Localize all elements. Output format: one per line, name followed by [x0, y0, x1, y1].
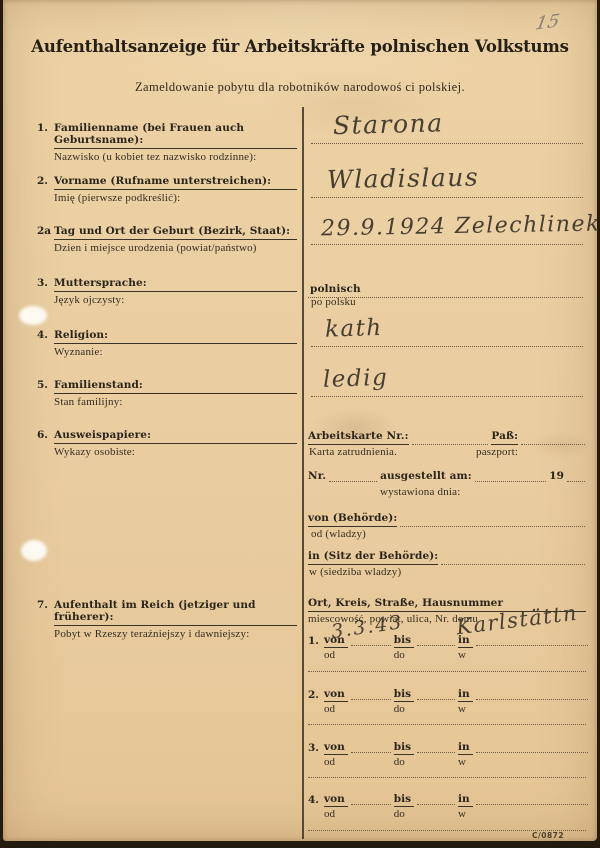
place-dotline [476, 741, 588, 753]
field-label-de: Familienname (bei Frauen auch Geburtsnam… [54, 122, 297, 149]
pass-label-de: Paß: [491, 430, 518, 445]
seat-label-pl: w (siedziba wladzy) [309, 566, 401, 578]
von-od-pair: von od [324, 688, 348, 715]
in-label: in [458, 688, 473, 702]
authority-row: von (Behörde): [308, 512, 588, 527]
place-dotline [476, 793, 588, 805]
in-w-pair: in w [458, 793, 473, 820]
residence-row-4: 4. von od bis do in w [308, 793, 588, 820]
do-label: do [394, 807, 414, 820]
von-label: von [324, 741, 348, 755]
do-label: do [394, 702, 414, 715]
field-label-pl: Pobyt w Rzeszy teraźniejszy i dawniejszy… [54, 626, 297, 640]
arbeitskarte-label-pl: Karta zatrudnienia. [309, 446, 397, 458]
field-label-pl: Wykazy osobiste: [54, 444, 297, 458]
religion-entry-line: kath [311, 316, 583, 347]
issued-label-pl: wystawiona dnia: [380, 486, 461, 498]
marital-handwriting: ledig [311, 365, 389, 398]
to-dotline [417, 634, 455, 646]
place-dotline [476, 634, 588, 646]
authority-label-pl: od (wladzy) [311, 528, 366, 540]
surname-entry-line: Starona [311, 110, 583, 144]
seat-label-de: in (Sitz der Behörde): [308, 550, 438, 565]
von-label: von [324, 688, 348, 702]
arbeitskarte-row: Arbeitskarte Nr.: Paß: [308, 430, 588, 445]
birth-entry-line: 29.9.1924 Zelechlinek [311, 214, 583, 245]
field-religion: 4. Religion: Wyznanie: [37, 329, 297, 358]
to-dotline [417, 741, 455, 753]
field-vorname: 2. Vorname (Rufname unterstreichen): Imi… [37, 175, 297, 204]
field-aufenthalt: 7. Aufenthalt im Reich (jetziger und frü… [37, 599, 297, 640]
from-dotline [351, 793, 391, 805]
field-number: 2. [37, 175, 54, 204]
field-muttersprache: 3. Muttersprache: Język ojczysty: [37, 277, 297, 306]
residence-row-3: 3. von od bis do in w [308, 741, 588, 768]
bis-do-pair: bis do [394, 741, 414, 768]
w-label: w [458, 702, 473, 715]
residence-row-2: 2. von od bis do in w [308, 688, 588, 715]
field-familienname: 1. Familienname (bei Frauen auch Geburts… [37, 122, 297, 163]
von-od-pair: von od [324, 793, 348, 820]
w-label: w [458, 807, 473, 820]
form-title: Aufenthaltsanzeige für Arbeitskräfte pol… [3, 37, 597, 56]
in-label: in [458, 741, 473, 755]
nr-label: Nr. [308, 470, 326, 482]
row-number: 1. [308, 634, 324, 647]
in-label: in [458, 793, 473, 807]
to-dotline [417, 688, 455, 700]
field-label-de: Tag und Ort der Geburt (Bezirk, Staat): [54, 225, 297, 240]
field-familienstand: 5. Familienstand: Stan familijny: [37, 379, 297, 408]
residence-row-2-extra-line [308, 724, 586, 725]
form-print-code: C/0872 [532, 831, 564, 840]
religion-handwriting: kath [310, 315, 383, 347]
authority-label-de: von (Behörde): [308, 512, 397, 527]
field-label-de: Ausweispapiere: [54, 429, 297, 444]
residence-row-1-extra-line [308, 671, 586, 672]
field-number: 5. [37, 379, 54, 408]
od-label: od [324, 702, 348, 715]
field-number: 3. [37, 277, 54, 306]
marital-entry-line: ledig [311, 366, 583, 397]
field-label-de: Vorname (Rufname unterstreichen): [54, 175, 297, 190]
bis-do-pair: bis do [394, 793, 414, 820]
field-label-pl: Dzien i miejsce urodzenia (powiat/państw… [54, 240, 297, 254]
w-label: w [458, 755, 473, 768]
issued-row: Nr. ausgestellt am: 19 [308, 470, 588, 482]
in-w-pair: in w [458, 741, 473, 768]
birth-handwriting: 29.9.1924 Zelechlinek [311, 211, 600, 246]
place-dotline [476, 688, 588, 700]
year-dotline [567, 470, 585, 482]
form-subtitle: Zameldowanie pobytu dla robotników narod… [3, 80, 597, 95]
field-label-pl: Wyznanie: [54, 344, 297, 358]
pass-label-pl: paszport: [476, 446, 518, 458]
bis-do-pair: bis do [394, 634, 414, 661]
od-label: od [324, 755, 348, 768]
bis-label: bis [394, 793, 414, 807]
in-w-pair: in w [458, 688, 473, 715]
field-label-de: Religion: [54, 329, 297, 344]
von-od-pair: von od [324, 741, 348, 768]
column-divider-line [302, 107, 304, 839]
field-label-de: Familienstand: [54, 379, 297, 394]
paper-damage-spot [19, 306, 47, 325]
row-number: 2. [308, 688, 324, 701]
field-label-de: Aufenthalt im Reich (jetziger und früher… [54, 599, 297, 626]
surname-handwriting: Starona [311, 108, 444, 144]
firstname-entry-line: Wladislaus [311, 164, 583, 198]
field-ausweispapiere: 6. Ausweispapiere: Wykazy osobiste: [37, 429, 297, 458]
field-number: 2a [37, 225, 54, 254]
bis-label: bis [394, 741, 414, 755]
paper-damage-spot [21, 540, 47, 561]
do-label: do [394, 648, 414, 661]
field-number: 4. [37, 329, 54, 358]
row-number: 3. [308, 741, 324, 754]
pass-dotline [521, 433, 585, 445]
field-number: 7. [37, 599, 54, 640]
seat-dotline [441, 553, 585, 565]
od-label: od [324, 648, 348, 661]
from-dotline [351, 688, 391, 700]
language-printed-de: polnisch [308, 283, 361, 297]
field-label-pl: Nazwisko (u kobiet tez nazwisko rodzinne… [54, 149, 297, 163]
arbeitskarte-dotline [412, 433, 489, 445]
firstname-handwriting: Wladislaus [311, 163, 480, 199]
field-geburt: 2a Tag und Ort der Geburt (Bezirk, Staat… [37, 225, 297, 254]
arbeitskarte-label-de: Arbeitskarte Nr.: [308, 430, 409, 445]
field-label-de: Muttersprache: [54, 277, 297, 292]
field-label-pl: Stan familijny: [54, 394, 297, 408]
issued-label-de: ausgestellt am: [380, 470, 472, 482]
year-prefix: 19 [549, 470, 564, 482]
field-label-pl: Imię (pierwsze podkreślić): [54, 190, 297, 204]
scanned-form-paper: 15 Aufenthaltsanzeige für Arbeitskräfte … [3, 0, 597, 841]
issued-dotline [475, 470, 546, 482]
field-number: 1. [37, 122, 54, 163]
to-dotline [417, 793, 455, 805]
field-label-pl: Język ojczysty: [54, 292, 297, 306]
authority-dotline [400, 515, 585, 527]
bis-label: bis [394, 688, 414, 702]
von-label: von [324, 793, 348, 807]
w-label: w [458, 648, 473, 661]
do-label: do [394, 755, 414, 768]
language-printed-pl: po polsku [311, 296, 356, 308]
bis-label: bis [394, 634, 414, 648]
field-number: 6. [37, 429, 54, 458]
nr-dotline [329, 470, 377, 482]
od-label: od [324, 807, 348, 820]
row-number: 4. [308, 793, 324, 806]
residence-row-3-extra-line [308, 777, 586, 778]
seat-row: in (Sitz der Behörde): [308, 550, 588, 565]
from-dotline [351, 741, 391, 753]
bis-do-pair: bis do [394, 688, 414, 715]
pencil-sheet-number: 15 [534, 11, 562, 35]
